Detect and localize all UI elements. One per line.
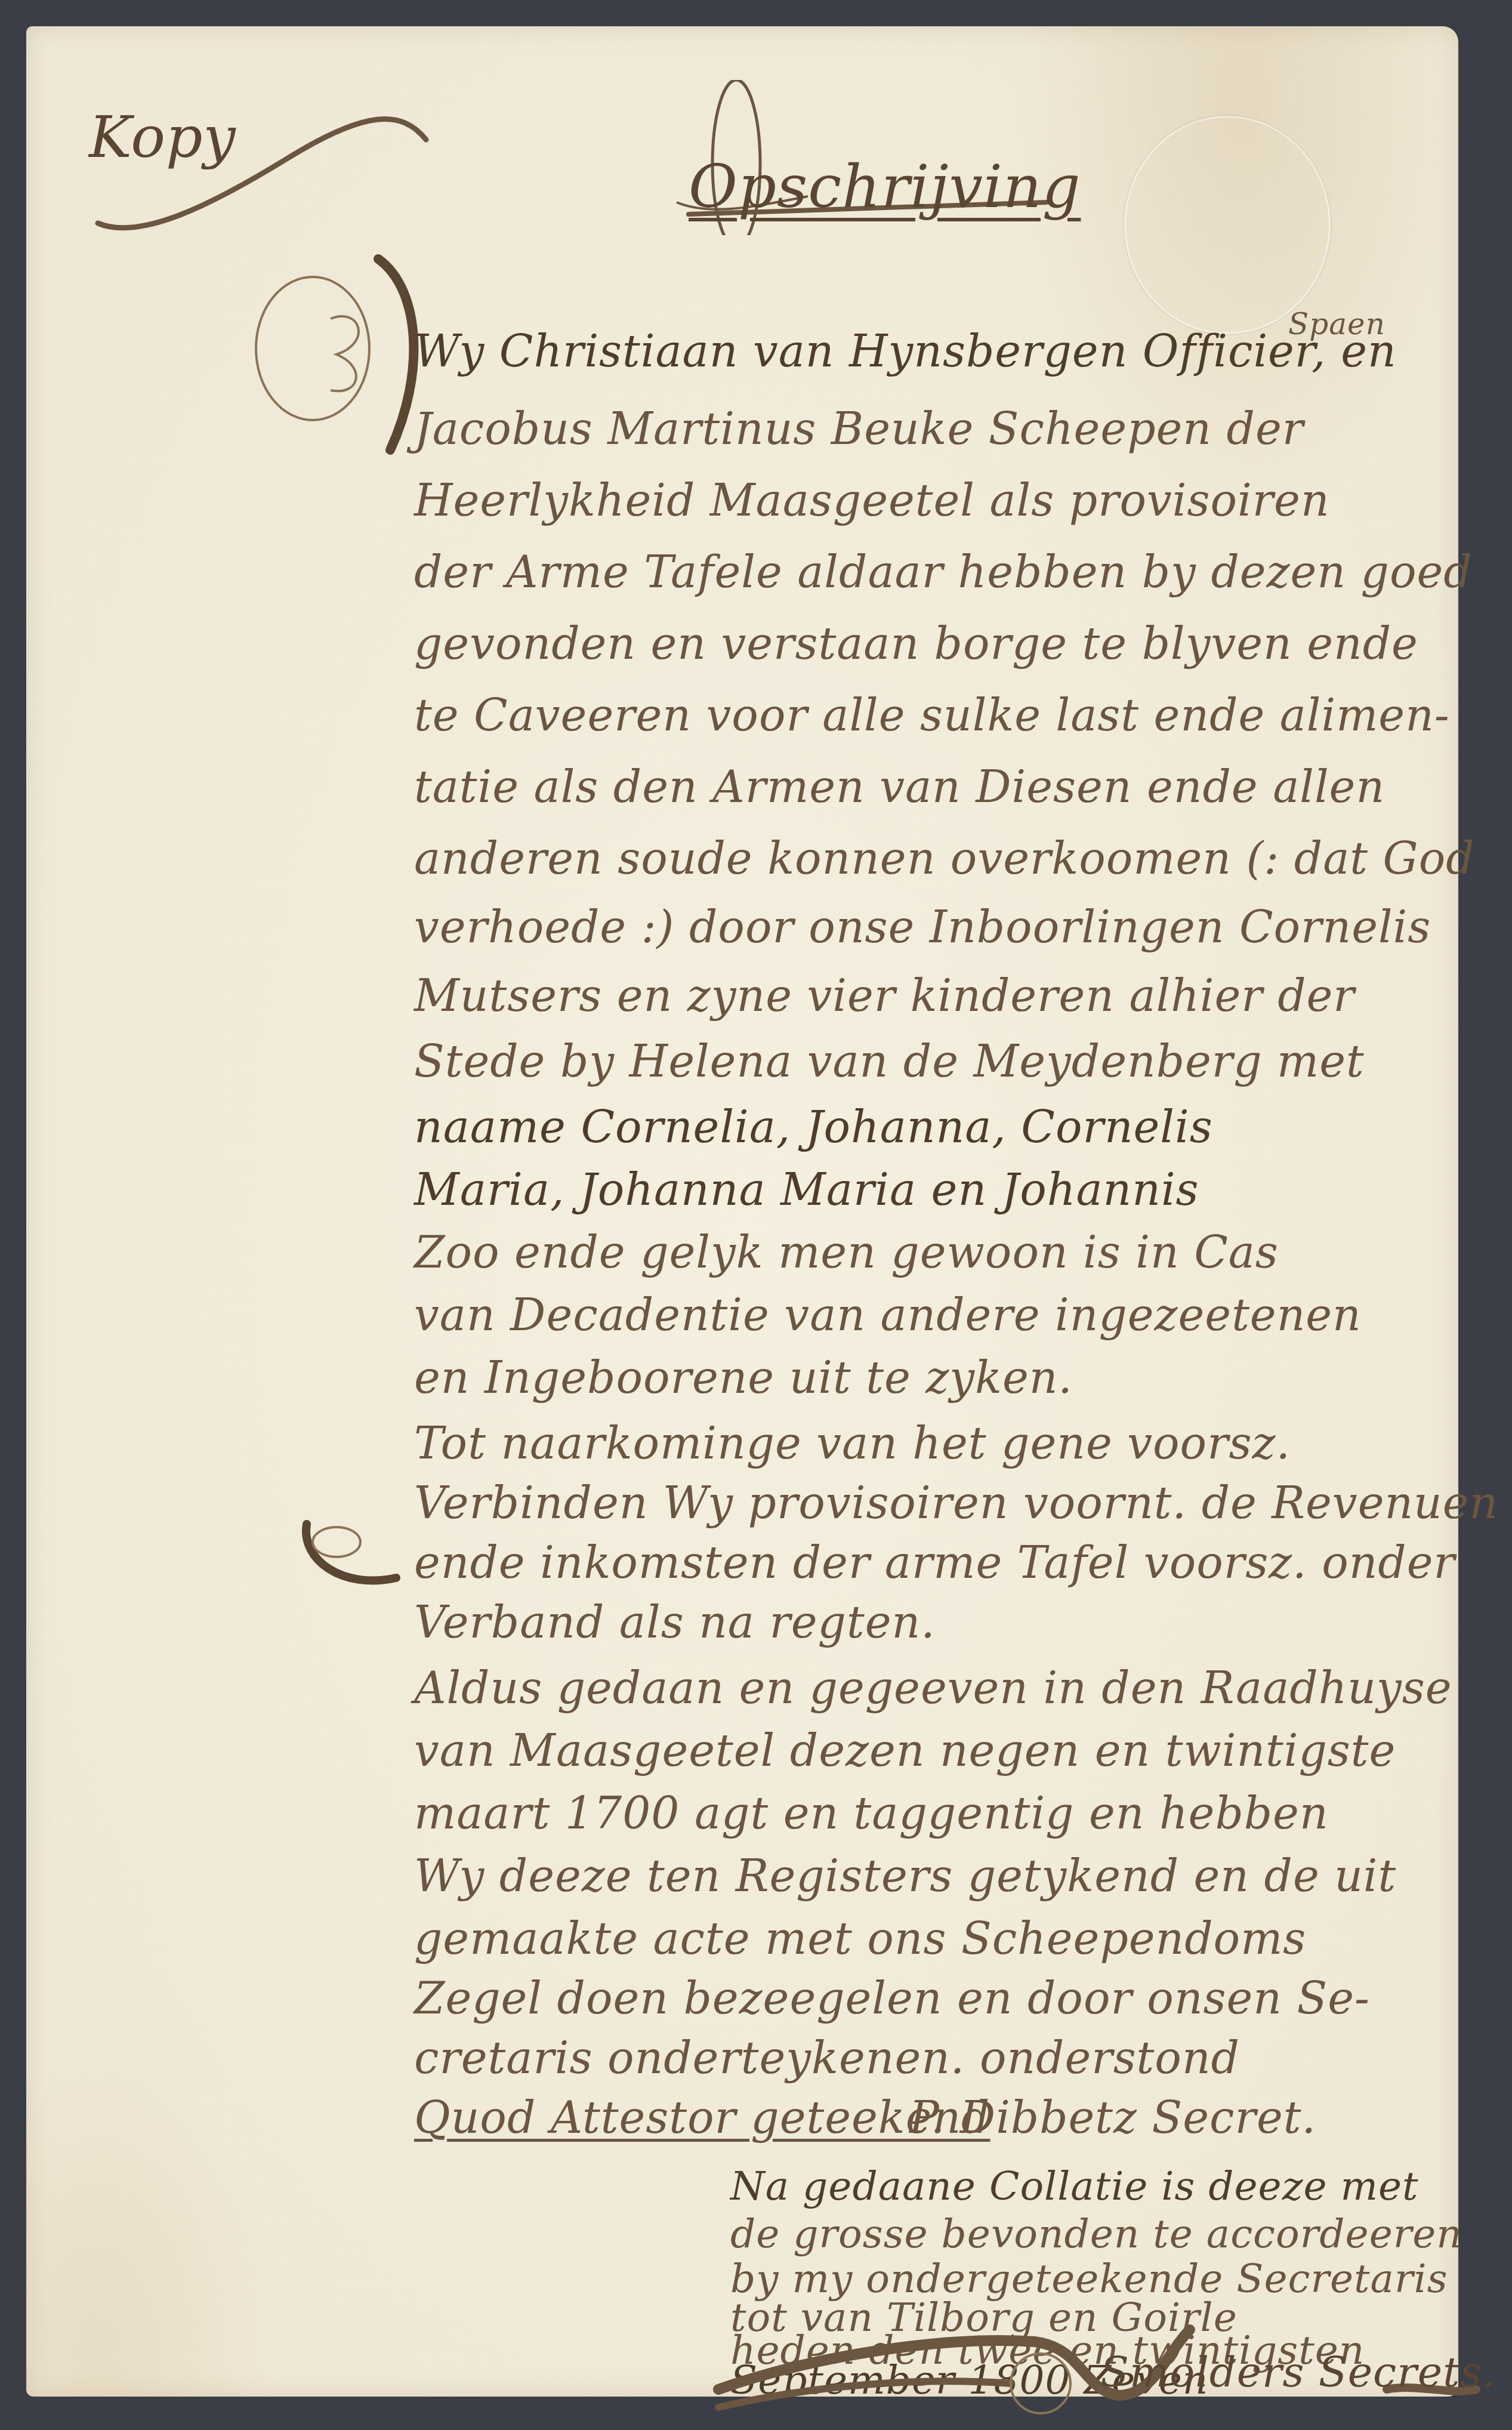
embossed-seal	[1124, 116, 1331, 334]
body-line: van Maasgeetel dezen negen en twintigste	[414, 1724, 1396, 1778]
body-line: tatie als den Armen van Diesen ende alle…	[414, 760, 1385, 814]
body-line: maart 1700 agt en taggentig en hebben	[414, 1787, 1329, 1840]
body-line: van Decadentie van andere ingezeetenen	[414, 1288, 1362, 1342]
body-line: Tot naarkominge van het gene voorsz.	[414, 1417, 1291, 1470]
body-line: cretaris onderteykenen. onderstond	[414, 2031, 1240, 2085]
body-line: Jacobus Martinus Beuke Scheepen der	[414, 402, 1304, 456]
body-line: Verband als na regten.	[414, 1596, 936, 1649]
body-line: Zoo ende gelyk men gewoon is in Cas	[414, 1226, 1279, 1279]
collation-line: Na gedaane Collatie is deeze met	[730, 2163, 1419, 2210]
body-line: en Ingeboorene uit te zyken.	[414, 1351, 1073, 1405]
body-line: naame Cornelia, Johanna, Cornelis	[414, 1100, 1213, 1154]
body-line: der Arme Tafele aldaar hebben by dezen g…	[414, 545, 1473, 599]
body-line: ende inkomsten der arme Tafel voorsz. on…	[414, 1536, 1455, 1590]
body-line: Zegel doen bezeegelen en door onsen Se-	[414, 1972, 1370, 2025]
copy-label: Kopy	[89, 104, 236, 171]
body-line: Heerlykheid Maasgeetel als provisoiren	[414, 474, 1330, 528]
attestation-signatory: P. Dibbetz Secret.	[909, 2091, 1316, 2145]
body-line: te Caveeren voor alle sulke last ende al…	[414, 689, 1450, 742]
collation-line: de grosse bevonden te accordeeren	[730, 2210, 1462, 2258]
body-line: Stede by Helena van de Meydenberg met	[414, 1035, 1365, 1088]
body-line: Verbinden Wy provisoiren voornt. de Reve…	[414, 1476, 1498, 1530]
attestation-text: Quod Attestor geteekend	[414, 2091, 990, 2145]
body-line: Wy Christiaan van Hynsbergen Officier, e…	[414, 325, 1397, 378]
collation-signature: Smolders Secrets.	[1100, 2348, 1496, 2397]
body-line: gemaakte acte met ons Scheependoms	[414, 1912, 1306, 1966]
body-line: Maria, Johanna Maria en Johannis	[414, 1163, 1199, 1217]
drop-cap-a-flourish-icon	[295, 1500, 450, 1596]
body-line: Mutsers en zyne vier kinderen alhier der	[414, 969, 1355, 1023]
body-line: Aldus gedaan en gegeeven in den Raadhuys…	[414, 1661, 1452, 1715]
body-line: Wy deeze ten Registers getykend en de ui…	[414, 1849, 1396, 1903]
body-line: anderen soude konnen overkoomen (: dat G…	[414, 832, 1475, 886]
document-page: Kopy Opschrijving Spaen Wy Christiaan va…	[26, 26, 1458, 2397]
body-line: verhoede :) door onse Inboorlingen Corne…	[414, 901, 1431, 954]
drop-cap-flourish-icon	[241, 253, 444, 456]
document-title: Opschrijving	[689, 152, 1081, 221]
body-line: gevonden en verstaan borge te blyven end…	[414, 617, 1418, 671]
